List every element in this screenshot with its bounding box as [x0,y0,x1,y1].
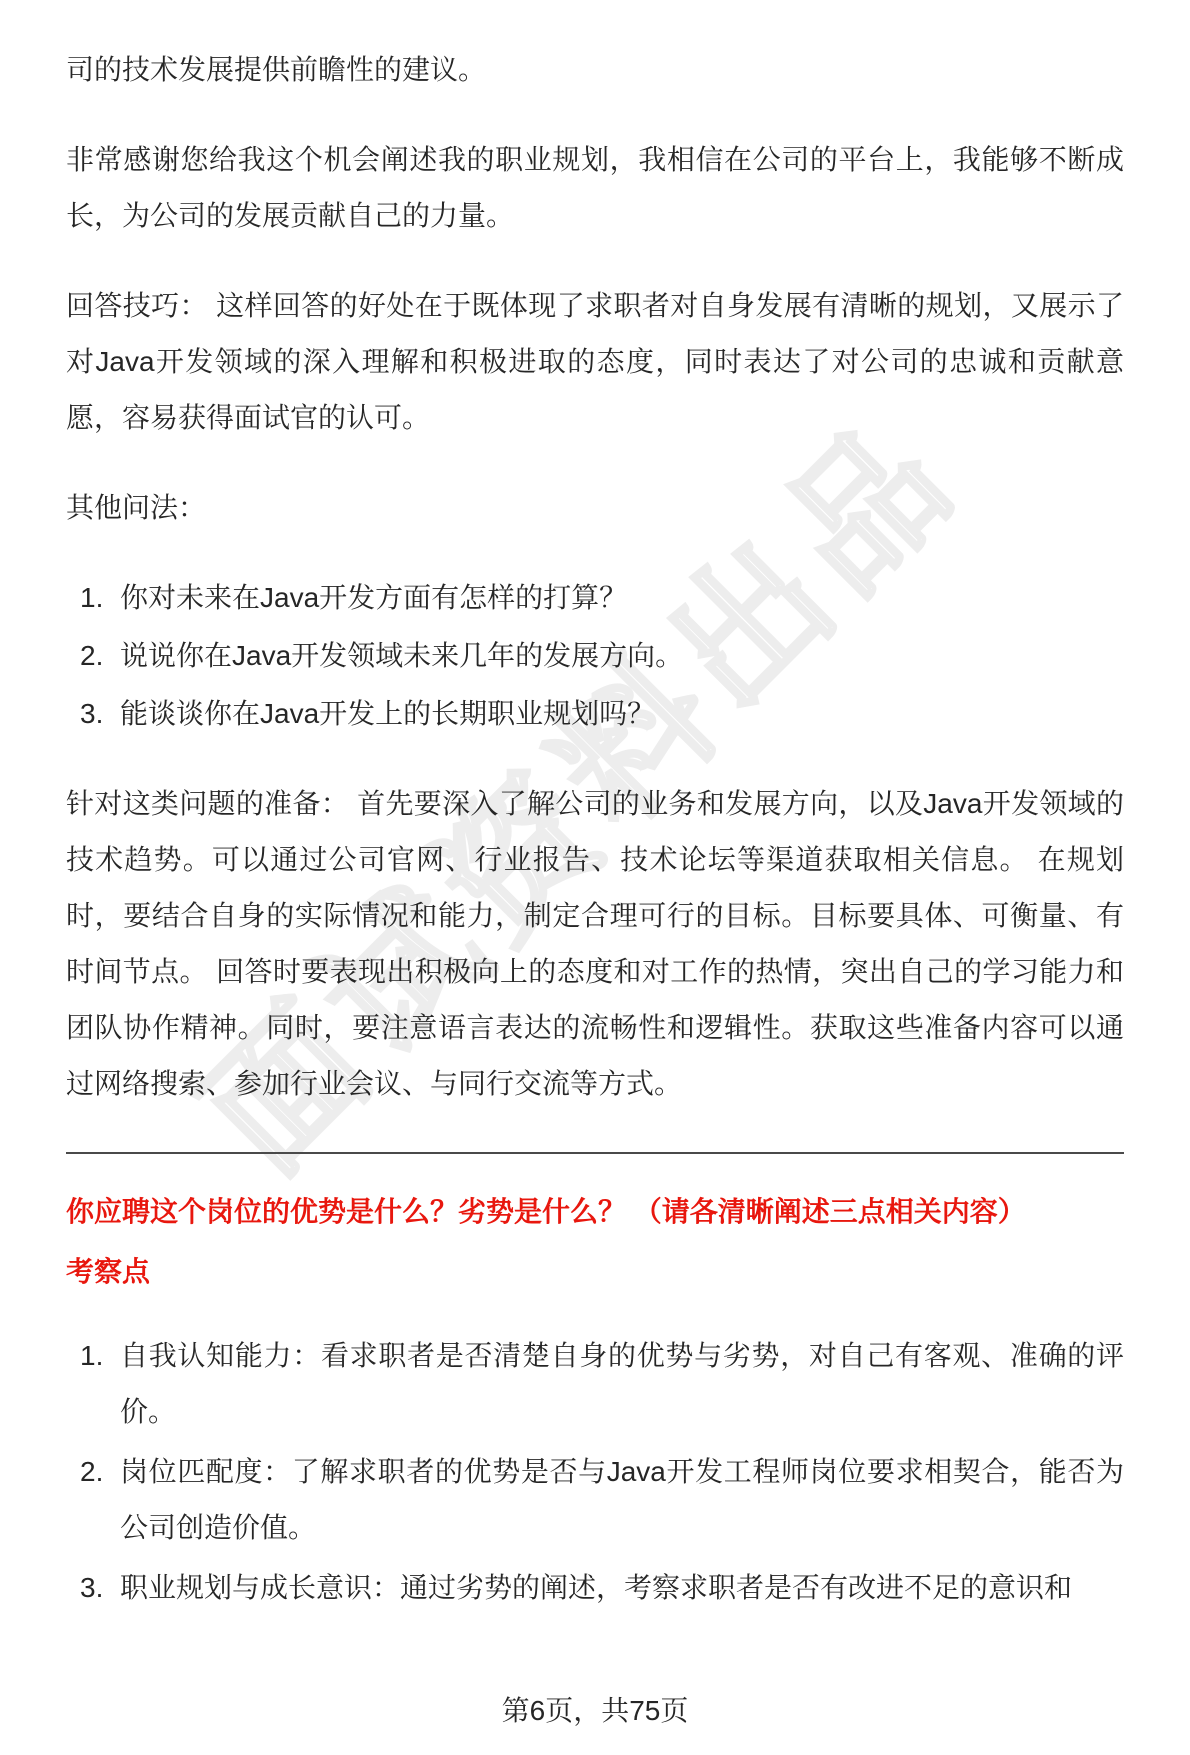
list-item: 1. 你对未来在Java开发方面有怎样的打算？ [80,570,1124,626]
list-item-number: 1. [80,570,120,626]
paragraph: 司的技术发展提供前瞻性的建议。 [66,42,1124,98]
paragraph: 回答技巧： 这样回答的好处在于既体现了求职者对自身发展有清晰的规划，又展示了对J… [66,278,1124,446]
list-item-text: 岗位匹配度：了解求职者的优势是否与Java开发工程师岗位要求相契合，能否为公司创… [120,1444,1124,1556]
list-item-text: 你对未来在Java开发方面有怎样的打算？ [120,570,1124,626]
list-item-number: 3. [80,1560,120,1616]
list-item: 3. 能谈谈你在Java开发上的长期职业规划吗？ [80,686,1124,742]
list-item-text: 职业规划与成长意识：通过劣势的阐述，考察求职者是否有改进不足的意识和 [120,1560,1124,1616]
section-divider [66,1152,1124,1154]
list-item: 3. 职业规划与成长意识：通过劣势的阐述，考察求职者是否有改进不足的意识和 [80,1560,1124,1616]
paragraph: 非常感谢您给我这个机会阐述我的职业规划，我相信在公司的平台上，我能够不断成长，为… [66,132,1124,244]
preparation-paragraph: 针对这类问题的准备： 首先要深入了解公司的业务和发展方向，以及Java开发领域的… [66,776,1124,1112]
list-item-number: 2. [80,628,120,684]
list-item: 2. 说说你在Java开发领域未来几年的发展方向。 [80,628,1124,684]
exam-points-label: 考察点 [66,1244,1124,1300]
list-item-number: 3. [80,686,120,742]
list-item-number: 2. [80,1444,120,1556]
document-page: 面试资料出品 司的技术发展提供前瞻性的建议。 非常感谢您给我这个机会阐述我的职业… [0,0,1190,1755]
other-questions-label: 其他问法： [66,480,1124,536]
list-item-text: 说说你在Java开发领域未来几年的发展方向。 [120,628,1124,684]
list-item-number: 1. [80,1328,120,1440]
list-item: 2. 岗位匹配度：了解求职者的优势是否与Java开发工程师岗位要求相契合，能否为… [80,1444,1124,1556]
question-heading: 你应聘这个岗位的优势是什么？劣势是什么？ （请各清晰阐述三点相关内容） [66,1184,1124,1240]
page-body: 司的技术发展提供前瞻性的建议。 非常感谢您给我这个机会阐述我的职业规划，我相信在… [0,0,1190,1616]
list-item-text: 自我认知能力：看求职者是否清楚自身的优势与劣势，对自己有客观、准确的评价。 [120,1328,1124,1440]
exam-points-list: 1. 自我认知能力：看求职者是否清楚自身的优势与劣势，对自己有客观、准确的评价。… [66,1328,1124,1616]
other-questions-list: 1. 你对未来在Java开发方面有怎样的打算？ 2. 说说你在Java开发领域未… [66,570,1124,742]
list-item-text: 能谈谈你在Java开发上的长期职业规划吗？ [120,686,1124,742]
page-number-footer: 第6页，共75页 [0,1689,1190,1729]
answer-paragraphs: 司的技术发展提供前瞻性的建议。 非常感谢您给我这个机会阐述我的职业规划，我相信在… [66,42,1124,446]
list-item: 1. 自我认知能力：看求职者是否清楚自身的优势与劣势，对自己有客观、准确的评价。 [80,1328,1124,1440]
